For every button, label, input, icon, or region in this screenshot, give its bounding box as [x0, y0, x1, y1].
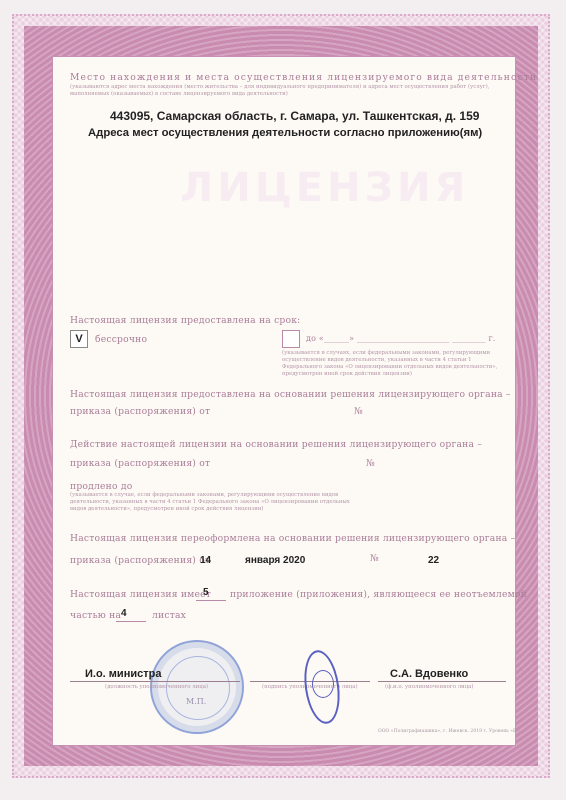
granted-line1: Настоящая лицензия предоставлена на осно… [70, 389, 511, 400]
extended-number-label: № [366, 458, 375, 469]
location-heading: Место нахождения и места осуществления л… [70, 72, 537, 83]
appendices-prefix: Настоящая лицензия имеет [70, 589, 211, 600]
until-template: до «______» ______________________ _____… [306, 334, 496, 343]
signature-loop [312, 670, 334, 698]
until-checkbox[interactable] [282, 330, 300, 348]
reissued-month-year: января 2020 [245, 555, 305, 566]
name-line [378, 681, 506, 682]
term-label: Настоящая лицензия предоставлена на срок… [70, 315, 300, 326]
extended-line1: Действие настоящей лицензии на основании… [70, 439, 482, 450]
granted-line2: приказа (распоряжения) от [70, 406, 210, 417]
granted-number-label: № [354, 406, 363, 417]
reissued-number: 22 [428, 555, 439, 566]
reissued-line1: Настоящая лицензия переоформлена на осно… [70, 533, 515, 544]
reissued-number-label: № [370, 553, 379, 564]
appendices-count: 5 [203, 587, 209, 598]
extended-note: (указывается в случае, если федеральными… [70, 492, 350, 513]
unlimited-label: бессрочно [95, 334, 147, 345]
reissued-line2: приказа (распоряжения) от [70, 555, 210, 566]
printer-imprint: ООО «Полиграфмашина», г. Ижевск. 2019 г.… [378, 729, 521, 734]
name-caption: (ф.и.о. уполномоченного лица) [385, 684, 474, 691]
until-note: (указывается в случаях, если федеральным… [282, 350, 502, 378]
position-line [70, 681, 240, 682]
signer-position: И.о. министра [85, 668, 161, 680]
location-note: (указываются адрес места нахождения (мес… [70, 84, 508, 98]
extended-until-label: продлено до [70, 481, 132, 492]
signer-name: С.А. Вдовенко [390, 668, 468, 680]
extended-line2: приказа (распоряжения) от [70, 458, 210, 469]
addresses-note: Адреса мест осуществления деятельности с… [88, 127, 482, 139]
position-caption: (должность уполномоченного лица) [105, 684, 208, 691]
address-value: 443095, Самарская область, г. Самара, ул… [110, 109, 479, 123]
paper-area [52, 56, 516, 746]
appendices-count-line [196, 600, 226, 601]
reissued-day: 14 [200, 555, 211, 566]
watermark: ЛИЦЕНЗИЯ [180, 165, 469, 211]
sheets-prefix: частью на [70, 610, 121, 621]
sheets-count: 4 [121, 608, 127, 619]
stamp-label: М.П. [186, 697, 206, 706]
appendices-suffix: приложение (приложения), являющееся ее н… [230, 589, 527, 600]
unlimited-checkbox[interactable]: V [70, 330, 88, 348]
sheets-count-line [116, 621, 146, 622]
sheets-suffix: листах [152, 610, 186, 621]
